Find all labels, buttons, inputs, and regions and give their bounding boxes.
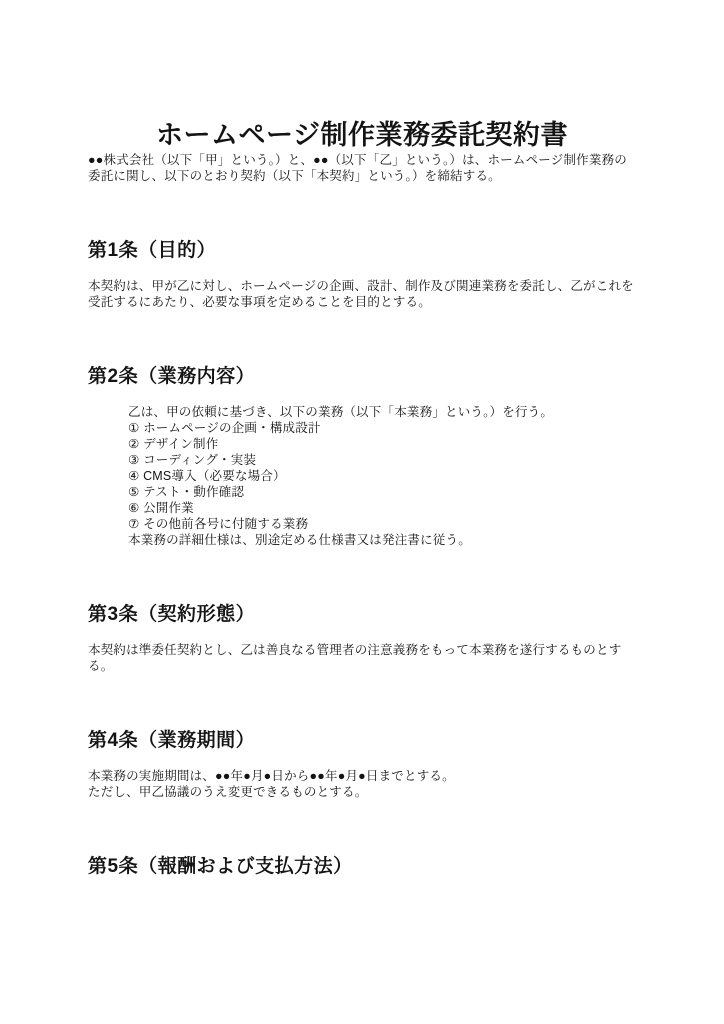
- article-3-heading: 第3条（契約形態）: [88, 604, 636, 626]
- article-3-body: 本契約は準委任契約とし、乙は善良なる管理者の注意義務をもって本業務を遂行するもの…: [88, 642, 636, 674]
- article-4-body: 本業務の実施期間は、●●年●月●日から●●年●月●日までとする。 ただし、甲乙協…: [88, 768, 636, 800]
- article-5-heading: 第5条（報酬および支払方法）: [88, 856, 636, 878]
- business-item-5: ⑤ テスト・動作確認: [128, 484, 636, 500]
- article-4-heading: 第4条（業務期間）: [88, 730, 636, 752]
- article-3-section: 第3条（契約形態） 本契約は準委任契約とし、乙は善良なる管理者の注意義務をもって…: [88, 604, 636, 674]
- business-item-1: ① ホームページの企画・構成設計: [128, 420, 636, 436]
- article-2-section: 第2条（業務内容） 乙は、甲の依頼に基づき、以下の業務（以下「本業務」という。）…: [88, 366, 636, 548]
- preamble-paragraph: ●●株式会社（以下「甲」という。）と、●●（以下「乙」という。）は、ホームページ…: [88, 152, 636, 184]
- article-2-heading: 第2条（業務内容）: [88, 366, 636, 388]
- contract-document-page: ホームページ制作業務委託契約書 ●●株式会社（以下「甲」という。）と、●●（以下…: [0, 0, 724, 1024]
- article-1-heading: 第1条（目的）: [88, 240, 636, 262]
- article-5-section: 第5条（報酬および支払方法）: [88, 856, 636, 878]
- article-2-body: 乙は、甲の依頼に基づき、以下の業務（以下「本業務」という。）を行う。 ① ホーム…: [128, 404, 636, 548]
- article-4-section: 第4条（業務期間） 本業務の実施期間は、●●年●月●日から●●年●月●日までとす…: [88, 730, 636, 800]
- article-1-body: 本契約は、甲が乙に対し、ホームページの企画、設計、制作及び関連業務を委託し、乙が…: [88, 278, 636, 310]
- document-title: ホームページ制作業務委託契約書: [88, 0, 636, 152]
- business-item-7: ⑦ その他前各号に付随する業務: [128, 516, 636, 532]
- article-2-note: 本業務の詳細仕様は、別途定める仕様書又は発注書に従う。: [128, 532, 636, 548]
- article-4-line-1: 本業務の実施期間は、●●年●月●日から●●年●月●日までとする。: [88, 768, 636, 784]
- business-item-3: ③ コーディング・実装: [128, 452, 636, 468]
- business-item-6: ⑥ 公開作業: [128, 500, 636, 516]
- business-items-list: ① ホームページの企画・構成設計 ② デザイン制作 ③ コーディング・実装 ④ …: [128, 420, 636, 532]
- article-1-section: 第1条（目的） 本契約は、甲が乙に対し、ホームページの企画、設計、制作及び関連業…: [88, 240, 636, 310]
- business-item-2: ② デザイン制作: [128, 436, 636, 452]
- business-item-4: ④ CMS導入（必要な場合）: [128, 468, 636, 484]
- article-2-lead: 乙は、甲の依頼に基づき、以下の業務（以下「本業務」という。）を行う。: [128, 404, 636, 420]
- article-4-line-2: ただし、甲乙協議のうえ変更できるものとする。: [88, 784, 636, 800]
